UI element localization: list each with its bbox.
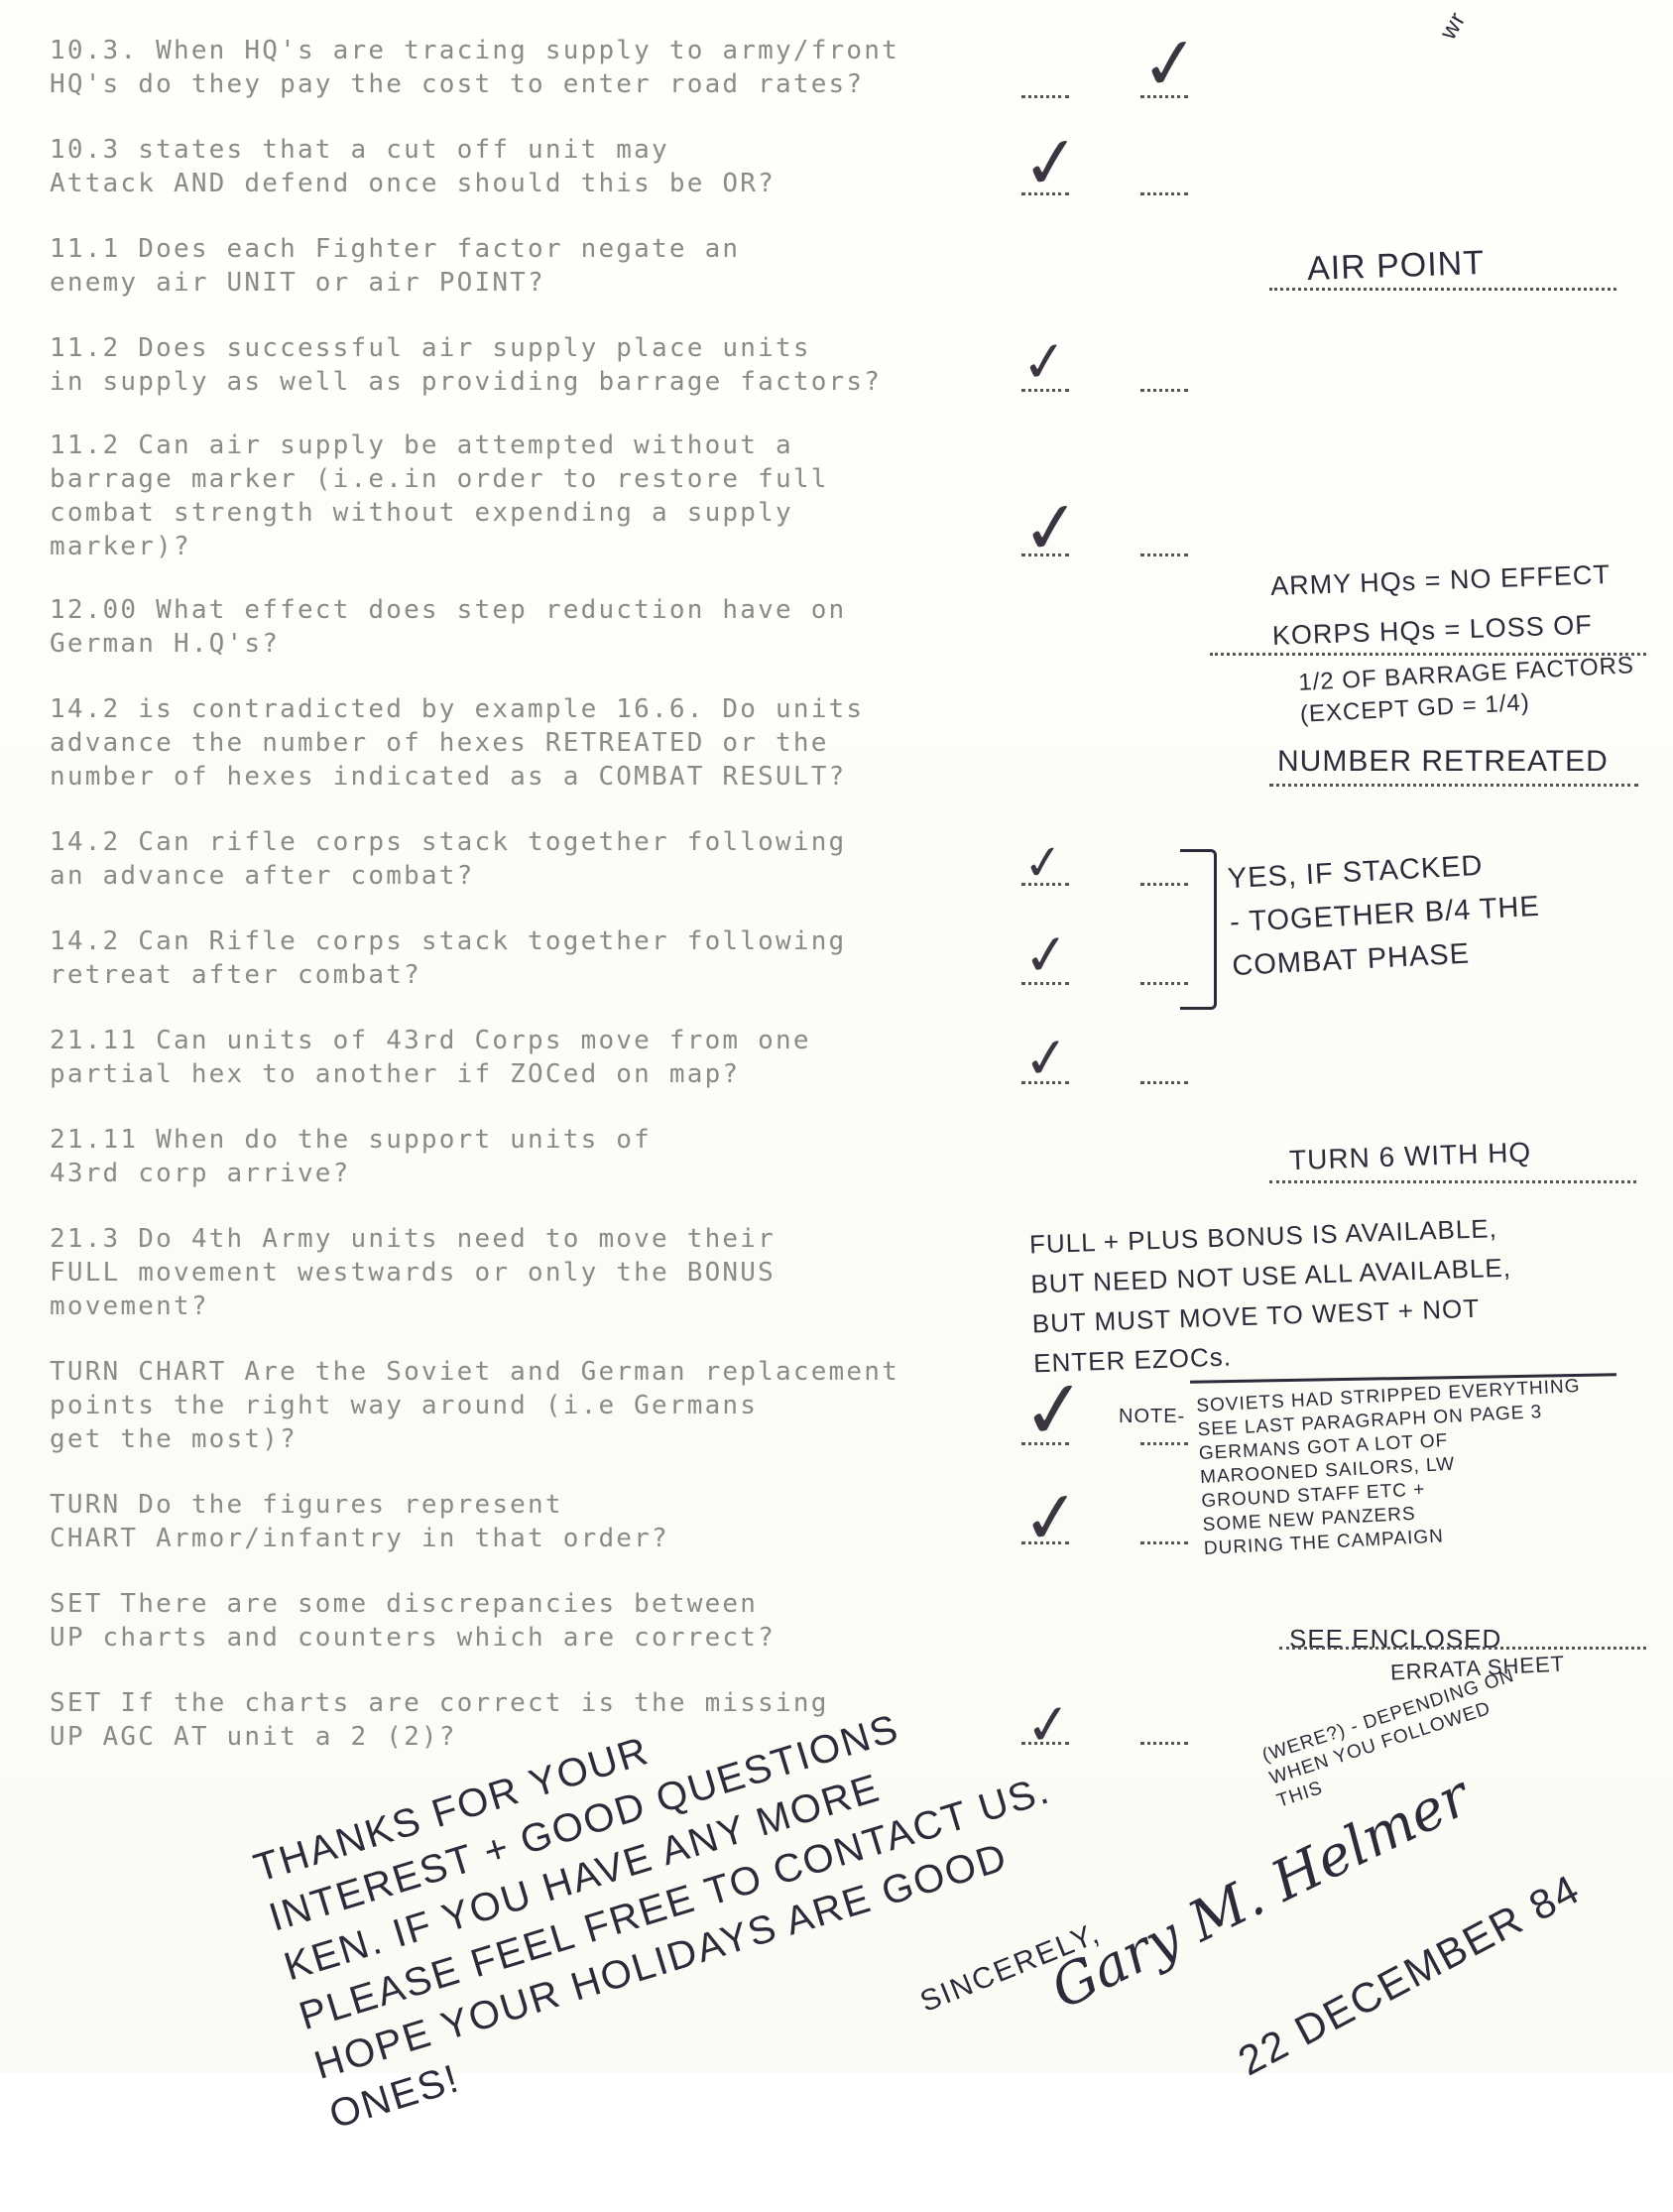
question-10-3-road-rates: 10.3. When HQ's are tracing supply to ar… [50,34,1021,101]
question-21-11-support-units: 21.11 When do the support units of 43rd … [50,1123,1021,1190]
check-mark-icon: ✓ [1020,926,1073,987]
question-10-3-attack-defend: 10.3 states that a cut off unit may Atta… [50,133,1021,200]
question-14-2-retreat-stack: 14.2 Can Rifle corps stack together foll… [50,924,1021,992]
check-mark-icon: ✓ [1017,489,1085,566]
note-label: NOTE- [1119,1399,1185,1434]
question-21-3-4th-army: 21.3 Do 4th Army units need to move thei… [50,1222,1021,1323]
answer-blank-no [1140,1541,1188,1544]
answer-replacement-note: SOVIETS HAD STRIPPED EVERYTHING SEE LAST… [1196,1375,1589,1561]
answer-hq-effect: ARMY HQs = NO EFFECT KORPS HQs = LOSS OF [1269,550,1613,661]
check-mark-icon: ✓ [1017,124,1085,201]
question-12-00-step-reduction: 12.00 What effect does step reduction ha… [50,593,1021,661]
answer-line [1269,288,1616,291]
question-11-2-air-supply: 11.2 Does successful air supply place un… [50,331,1021,399]
page-bottom-margin [0,2073,1673,2212]
answer-air-point: AIR POINT [1306,245,1485,287]
question-14-2-advance-stack: 14.2 Can rifle corps stack together foll… [50,825,1021,893]
question-11-2-barrage-marker: 11.2 Can air supply be attempted without… [50,429,1021,563]
answer-blank-no [1140,553,1188,556]
answer-blank-yes [1021,95,1069,98]
answer-blank-no [1140,1442,1188,1445]
answer-movement: FULL + PLUS BONUS IS AVAILABLE, BUT NEED… [1028,1208,1514,1384]
answer-blank-no [1140,389,1188,392]
answer-line [1279,1647,1646,1650]
question-set-discrepancies: SET There are some discrepancies between… [50,1587,1021,1655]
question-turn-chart-replacement: TURN CHART Are the Soviet and German rep… [50,1355,1021,1456]
answer-blank-no [1140,1081,1188,1084]
answer-number-retreated: NUMBER RETREATED [1277,744,1609,780]
check-mark-icon: ✓ [1018,333,1071,394]
check-mark-icon: ✓ [1021,837,1066,889]
question-turn-chart-figures: TURN Do the figures represent CHART Armo… [50,1488,1021,1555]
answer-line [1269,1180,1636,1183]
question-21-11-43rd-corps-zoc: 21.11 Can units of 43rd Corps move from … [50,1024,1021,1091]
check-mark-icon: ✓ [1136,25,1204,102]
question-11-1-fighter-factor: 11.1 Does each Fighter factor negate an … [50,232,1021,300]
answer-line [1269,784,1638,787]
answer-stacked-together: YES, IF STACKED - TOGETHER B/4 THE COMBA… [1227,841,1543,988]
check-mark-icon: ✓ [1020,1030,1073,1090]
answer-blank-no [1140,1742,1188,1745]
answer-bracket [1180,849,1217,1010]
question-14-2-contradicted: 14.2 is contradicted by example 16.6. Do… [50,692,1021,794]
check-mark-icon: ✓ [1017,1479,1085,1556]
answer-blank-no [1140,192,1188,195]
